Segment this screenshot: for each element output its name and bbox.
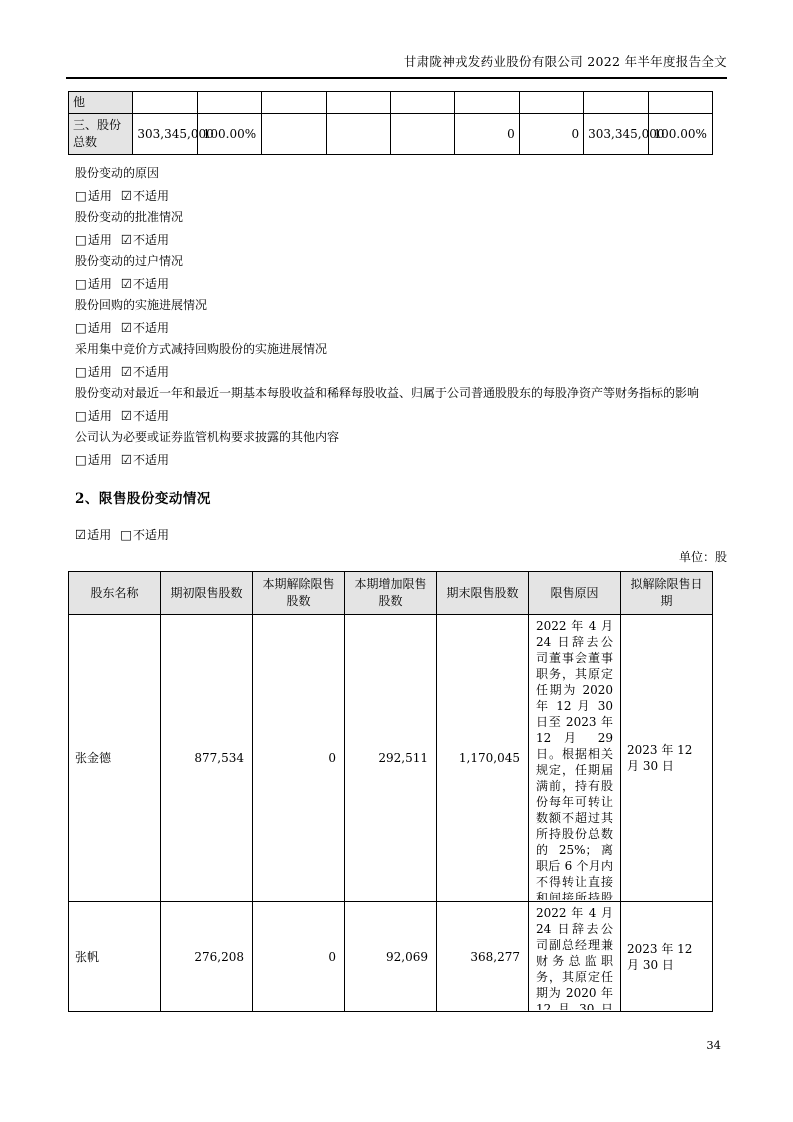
statement-title: 股份变动的原因	[75, 163, 727, 185]
checkbox-unchecked-icon: □	[120, 527, 132, 542]
col-header-added: 本期增加限售股数	[345, 572, 437, 615]
share-total-table: 他 三、股份总数 303,345,000 100.00% 0 0 303,345…	[68, 91, 713, 155]
applicable-option: □适用	[75, 365, 112, 379]
not-applicable-option: ☑不适用	[121, 233, 169, 247]
statement-title: 公司认为必要或证券监管机构要求披露的其他内容	[75, 427, 727, 449]
not-applicable-label: 不适用	[133, 409, 169, 423]
checkbox-unchecked-icon: □	[75, 232, 87, 247]
statement-list: 股份变动的原因 □适用☑不适用 股份变动的批准情况 □适用☑不适用 股份变动的过…	[75, 163, 727, 471]
table-cell: 0	[519, 114, 583, 155]
checkbox-checked-icon: ☑	[75, 527, 86, 542]
not-applicable-label: 不适用	[133, 189, 169, 203]
applicable-option: □适用	[75, 409, 112, 423]
checkbox-unchecked-icon: □	[75, 320, 87, 335]
section-heading: 2、限售股份变动情况	[75, 487, 211, 507]
unit-label: 单位：股	[679, 548, 727, 565]
col-header-closing: 期末限售股数	[437, 572, 529, 615]
applicable-label: 适用	[88, 233, 112, 247]
applicable-label: 适用	[88, 321, 112, 335]
statement-title: 股份回购的实施进展情况	[75, 295, 727, 317]
applicability-line: □适用☑不适用	[75, 317, 727, 340]
release-date: 2023 年 12 月 30 日	[621, 615, 713, 902]
page-header-title: 甘肃陇神戎发药业股份有限公司 2022 年半年度报告全文	[66, 52, 727, 79]
applicable-label: 适用	[87, 528, 111, 542]
checkbox-unchecked-icon: □	[75, 452, 87, 467]
applicable-option: □适用	[75, 321, 112, 335]
applicable-option: ☑适用	[75, 528, 111, 542]
opening-shares: 877,534	[161, 615, 253, 902]
table-cell	[584, 92, 648, 114]
row-label: 他	[69, 92, 133, 114]
report-page: 甘肃陇神戎发药业股份有限公司 2022 年半年度报告全文 他 三、股份总数 30…	[0, 0, 793, 1122]
applicable-label: 适用	[88, 189, 112, 203]
table-cell	[390, 114, 454, 155]
table-cell: 100.00%	[197, 114, 261, 155]
restriction-reason: 2022 年 4 月 24 日辞去公司副总经理兼财务总监职务，其原定任期为 20…	[529, 902, 621, 1012]
not-applicable-option: ☑不适用	[121, 365, 169, 379]
not-applicable-option: □不适用	[120, 528, 169, 542]
not-applicable-label: 不适用	[133, 277, 169, 291]
table-cell	[133, 92, 197, 114]
applicable-option: □适用	[75, 277, 112, 291]
release-date: 2023 年 12 月 30 日	[621, 902, 713, 1012]
page-number: 34	[706, 1038, 721, 1052]
table-header-row: 股东名称 期初限售股数 本期解除限售股数 本期增加限售股数 期末限售股数 限售原…	[69, 572, 713, 615]
statement-title: 股份变动的批准情况	[75, 207, 727, 229]
col-header-reason: 限售原因	[529, 572, 621, 615]
opening-shares: 276,208	[161, 902, 253, 1012]
checkbox-checked-icon: ☑	[121, 408, 132, 423]
released-shares: 0	[253, 615, 345, 902]
not-applicable-label: 不适用	[133, 528, 169, 542]
not-applicable-option: ☑不适用	[121, 409, 169, 423]
table-cell	[326, 92, 390, 114]
col-header-release-date: 拟解除限售日期	[621, 572, 713, 615]
table-row: 张金德 877,534 0 292,511 1,170,045 2022 年 4…	[69, 615, 713, 902]
added-shares: 92,069	[345, 902, 437, 1012]
restricted-shares-table: 股东名称 期初限售股数 本期解除限售股数 本期增加限售股数 期末限售股数 限售原…	[68, 571, 713, 1012]
applicability-line: □适用☑不适用	[75, 273, 727, 296]
applicable-label: 适用	[88, 365, 112, 379]
not-applicable-label: 不适用	[133, 321, 169, 335]
restriction-reason: 2022 年 4 月 24 日辞去公司董事会董事职务，其原定任期为 2020 年…	[529, 615, 621, 902]
checkbox-unchecked-icon: □	[75, 408, 87, 423]
applicability-line: □适用☑不适用	[75, 449, 727, 472]
not-applicable-option: ☑不适用	[121, 321, 169, 335]
table-cell: 303,345,000	[584, 114, 648, 155]
col-header-released: 本期解除限售股数	[253, 572, 345, 615]
checkbox-checked-icon: ☑	[121, 364, 132, 379]
not-applicable-label: 不适用	[133, 233, 169, 247]
applicability-line: □适用☑不适用	[75, 229, 727, 252]
not-applicable-label: 不适用	[133, 365, 169, 379]
applicable-option: □适用	[75, 233, 112, 247]
applicable-option: □适用	[75, 189, 112, 203]
table-cell	[262, 92, 326, 114]
table-cell	[455, 92, 519, 114]
restriction-reason-text: 2022 年 4 月 24 日辞去公司副总经理兼财务总监职务，其原定任期为 20…	[529, 902, 620, 1010]
table-cell	[262, 114, 326, 155]
col-header-opening: 期初限售股数	[161, 572, 253, 615]
checkbox-unchecked-icon: □	[75, 276, 87, 291]
not-applicable-option: ☑不适用	[121, 453, 169, 467]
not-applicable-option: ☑不适用	[121, 277, 169, 291]
checkbox-checked-icon: ☑	[121, 232, 132, 247]
applicable-option: □适用	[75, 453, 112, 467]
added-shares: 292,511	[345, 615, 437, 902]
col-header-shareholder: 股东名称	[69, 572, 161, 615]
checkbox-checked-icon: ☑	[121, 188, 132, 203]
checkbox-unchecked-icon: □	[75, 188, 87, 203]
table-cell: 100.00%	[648, 114, 712, 155]
table-cell: 303,345,000	[133, 114, 197, 155]
shareholder-name: 张帆	[69, 902, 161, 1012]
not-applicable-label: 不适用	[133, 453, 169, 467]
not-applicable-option: ☑不适用	[121, 189, 169, 203]
applicable-label: 适用	[88, 277, 112, 291]
applicable-label: 适用	[88, 453, 112, 467]
applicability-line: □适用☑不适用	[75, 361, 727, 384]
table-cell	[519, 92, 583, 114]
applicable-label: 适用	[88, 409, 112, 423]
checkbox-checked-icon: ☑	[121, 320, 132, 335]
checkbox-checked-icon: ☑	[121, 276, 132, 291]
statement-title: 采用集中竞价方式减持回购股份的实施进展情况	[75, 339, 727, 361]
checkbox-checked-icon: ☑	[121, 452, 132, 467]
table-cell	[648, 92, 712, 114]
row-label: 三、股份总数	[69, 114, 133, 155]
applicability-line: □适用☑不适用	[75, 185, 727, 208]
table-row: 张帆 276,208 0 92,069 368,277 2022 年 4 月 2…	[69, 902, 713, 1012]
applicability-line: □适用☑不适用	[75, 405, 727, 428]
statement-title: 股份变动的过户情况	[75, 251, 727, 273]
table-cell	[390, 92, 454, 114]
table-cell	[326, 114, 390, 155]
restriction-reason-text: 2022 年 4 月 24 日辞去公司董事会董事职务，其原定任期为 2020 年…	[529, 615, 620, 900]
released-shares: 0	[253, 902, 345, 1012]
table-row: 三、股份总数 303,345,000 100.00% 0 0 303,345,0…	[69, 114, 713, 155]
statement-title: 股份变动对最近一年和最近一期基本每股收益和稀释每股收益、归属于公司普通股股东的每…	[75, 383, 727, 405]
table-cell	[197, 92, 261, 114]
checkbox-unchecked-icon: □	[75, 364, 87, 379]
closing-shares: 1,170,045	[437, 615, 529, 902]
table-cell: 0	[455, 114, 519, 155]
table-row: 他	[69, 92, 713, 114]
shareholder-name: 张金德	[69, 615, 161, 902]
closing-shares: 368,277	[437, 902, 529, 1012]
applicability-line: ☑适用□不适用	[75, 526, 178, 543]
